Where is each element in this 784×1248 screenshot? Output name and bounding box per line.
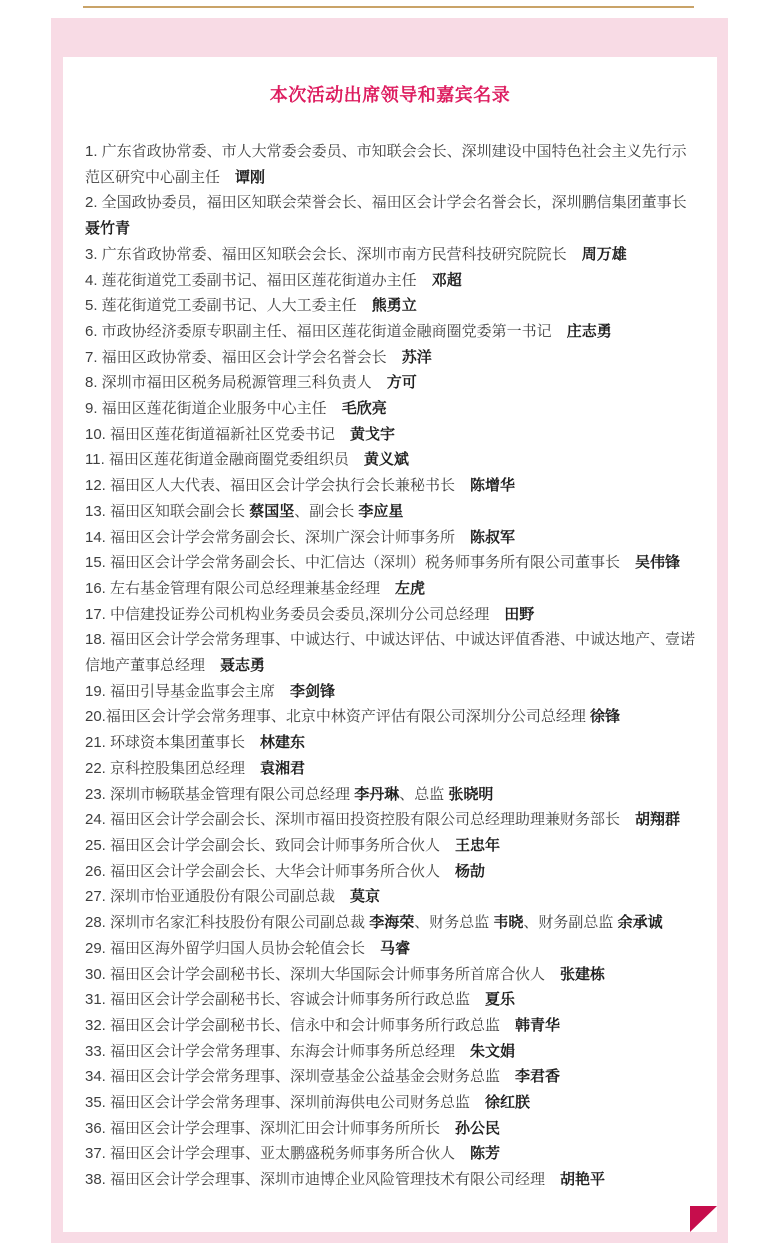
guest-name: 毛欣亮	[342, 400, 387, 417]
guest-name: 黄戈宇	[350, 426, 395, 443]
guest-name: 李海荣	[369, 914, 414, 931]
guest-name: 邓超	[432, 272, 462, 289]
guest-name: 陈增华	[470, 477, 515, 494]
guest-name: 林建东	[260, 734, 305, 751]
guest-title-text: 2. 全国政协委员，福田区知联会荣誉会长、福田区会计学会名誉会长，深圳鹏信集团董…	[85, 194, 687, 211]
guest-name: 陈芳	[470, 1145, 500, 1162]
guest-name: 余承诚	[618, 914, 663, 931]
guest-title-text: 5. 莲花街道党工委副书记、人大工委主任	[85, 297, 372, 314]
list-item: 3. 广东省政协常委、福田区知联会会长、深圳市南方民营科技研究院院长 周万雄	[85, 242, 697, 268]
list-item: 19. 福田引导基金监事会主席 李剑锋	[85, 679, 697, 705]
guest-list: 1. 广东省政协常委、市人大常委会委员、市知联会会长、深圳建设中国特色社会主义先…	[85, 139, 697, 1193]
guest-title-text: 21. 环球资本集团董事长	[85, 734, 260, 751]
list-item: 8. 深圳市福田区税务局税源管理三科负责人 方可	[85, 370, 697, 396]
list-item: 12. 福田区人大代表、福田区会计学会执行会长兼秘书长 陈增华	[85, 473, 697, 499]
guest-title-text: 32. 福田区会计学会副秘书长、信永中和会计师事务所行政总监	[85, 1017, 515, 1034]
list-item: 28. 深圳市名家汇科技股份有限公司副总裁 李海荣、财务总监 韦晓、财务副总监 …	[85, 910, 697, 936]
guest-title-text: 、财务副总监	[523, 914, 617, 931]
guest-title-text: 22. 京科控股集团总经理	[85, 760, 260, 777]
list-item: 9. 福田区莲花街道企业服务中心主任 毛欣亮	[85, 396, 697, 422]
guest-title-text: 26. 福田区会计学会副会长、大华会计师事务所合伙人	[85, 863, 455, 880]
guest-title-text: 4. 莲花街道党工委副书记、福田区莲花街道办主任	[85, 272, 432, 289]
page-title: 本次活动出席领导和嘉宾名录	[63, 85, 717, 105]
list-item: 30. 福田区会计学会副秘书长、深圳大华国际会计师事务所首席合伙人 张建栋	[85, 962, 697, 988]
list-item: 35. 福田区会计学会常务理事、深圳前海供电公司财务总监 徐红朕	[85, 1090, 697, 1116]
guest-title-text: 37. 福田区会计学会理事、亚太鹏盛税务师事务所合伙人	[85, 1145, 470, 1162]
guest-title-text: 17. 中信建投证券公司机构业务委员会委员,深圳分公司总经理	[85, 606, 504, 623]
guest-title-text: 7. 福田区政协常委、福田区会计学会名誉会长	[85, 349, 402, 366]
guest-title-text: 16. 左右基金管理有限公司总经理兼基金经理	[85, 580, 395, 597]
guest-title-text: 23. 深圳市畅联基金管理有限公司总经理	[85, 786, 354, 803]
guest-title-text: 、副会长	[294, 503, 358, 520]
guest-title-text: 30. 福田区会计学会副秘书长、深圳大华国际会计师事务所首席合伙人	[85, 966, 560, 983]
guest-title-text: 8. 深圳市福田区税务局税源管理三科负责人	[85, 374, 387, 391]
guest-name: 李剑锋	[290, 683, 335, 700]
guest-name: 张晓明	[448, 786, 493, 803]
guest-title-text: 31. 福田区会计学会副秘书长、容诚会计师事务所行政总监	[85, 991, 485, 1008]
guest-name: 吴伟锋	[635, 554, 680, 571]
guest-title-text: 20.福田区会计学会常务理事、北京中林资产评估有限公司深圳分公司总经理	[85, 708, 590, 725]
guest-title-text: 33. 福田区会计学会常务理事、东海会计师事务所总经理	[85, 1043, 470, 1060]
guest-name: 方可	[387, 374, 417, 391]
list-item: 17. 中信建投证券公司机构业务委员会委员,深圳分公司总经理 田野	[85, 602, 697, 628]
content-card: 本次活动出席领导和嘉宾名录 1. 广东省政协常委、市人大常委会委员、市知联会会长…	[63, 57, 717, 1232]
guest-title-text: 1. 广东省政协常委、市人大常委会委员、市知联会会长、深圳建设中国特色社会主义先…	[85, 143, 687, 186]
guest-name: 左虎	[395, 580, 425, 597]
guest-title-text: 11. 福田区莲花街道金融商圈党委组织员	[85, 451, 364, 468]
guest-title-text: 24. 福田区会计学会副会长、深圳市福田投资控股有限公司总经理助理兼财务部长	[85, 811, 635, 828]
guest-name: 胡艳平	[560, 1171, 605, 1188]
guest-title-text: 15. 福田区会计学会常务副会长、中汇信达（深圳）税务师事务所有限公司董事长	[85, 554, 635, 571]
guest-title-text: 29. 福田区海外留学归国人员协会轮值会长	[85, 940, 380, 957]
guest-title-text: 38. 福田区会计学会理事、深圳市迪博企业风险管理技术有限公司经理	[85, 1171, 560, 1188]
list-item: 22. 京科控股集团总经理 袁湘君	[85, 756, 697, 782]
list-item: 5. 莲花街道党工委副书记、人大工委主任 熊勇立	[85, 293, 697, 319]
guest-title-text: 9. 福田区莲花街道企业服务中心主任	[85, 400, 342, 417]
guest-title-text: 13. 福田区知联会副会长	[85, 503, 249, 520]
list-item: 25. 福田区会计学会副会长、致同会计师事务所合伙人 王忠年	[85, 833, 697, 859]
guest-name: 徐红朕	[485, 1094, 530, 1111]
guest-name: 袁湘君	[260, 760, 305, 777]
guest-title-text: 12. 福田区人大代表、福田区会计学会执行会长兼秘书长	[85, 477, 470, 494]
list-item: 16. 左右基金管理有限公司总经理兼基金经理 左虎	[85, 576, 697, 602]
list-item: 29. 福田区海外留学归国人员协会轮值会长 马睿	[85, 936, 697, 962]
list-item: 24. 福田区会计学会副会长、深圳市福田投资控股有限公司总经理助理兼财务部长 胡…	[85, 807, 697, 833]
list-item: 38. 福田区会计学会理事、深圳市迪博企业风险管理技术有限公司经理 胡艳平	[85, 1167, 697, 1193]
list-item: 23. 深圳市畅联基金管理有限公司总经理 李丹琳、总监 张晓明	[85, 782, 697, 808]
top-divider	[83, 6, 694, 8]
page: 本次活动出席领导和嘉宾名录 1. 广东省政协常委、市人大常委会委员、市知联会会长…	[0, 0, 784, 1248]
guest-title-text: 6. 市政协经济委原专职副主任、福田区莲花街道金融商圈党委第一书记	[85, 323, 567, 340]
list-item: 7. 福田区政协常委、福田区会计学会名誉会长 苏洋	[85, 345, 697, 371]
guest-name: 田野	[504, 606, 534, 623]
list-item: 2. 全国政协委员，福田区知联会荣誉会长、福田区会计学会名誉会长，深圳鹏信集团董…	[85, 190, 697, 241]
list-item: 34. 福田区会计学会常务理事、深圳壹基金公益基金会财务总监 李君香	[85, 1064, 697, 1090]
guest-name: 陈叔军	[470, 529, 515, 546]
list-item: 14. 福田区会计学会常务副会长、深圳广深会计师事务所 陈叔军	[85, 525, 697, 551]
list-item: 37. 福田区会计学会理事、亚太鹏盛税务师事务所合伙人 陈芳	[85, 1141, 697, 1167]
guest-name: 李君香	[515, 1068, 560, 1085]
list-item: 10. 福田区莲花街道福新社区党委书记 黄戈宇	[85, 422, 697, 448]
guest-name: 黄义斌	[364, 451, 409, 468]
guest-name: 谭刚	[235, 169, 265, 186]
guest-title-text: 34. 福田区会计学会常务理事、深圳壹基金公益基金会财务总监	[85, 1068, 515, 1085]
guest-title-text: 3. 广东省政协常委、福田区知联会会长、深圳市南方民营科技研究院院长	[85, 246, 582, 263]
guest-name: 聂志勇	[220, 657, 265, 674]
guest-name: 蔡国坚	[249, 503, 294, 520]
guest-title-text: 、总监	[399, 786, 448, 803]
list-item: 26. 福田区会计学会副会长、大华会计师事务所合伙人 杨劼	[85, 859, 697, 885]
guest-title-text: 36. 福田区会计学会理事、深圳汇田会计师事务所所长	[85, 1120, 455, 1137]
guest-name: 孙公民	[455, 1120, 500, 1137]
guest-name: 杨劼	[455, 863, 485, 880]
corner-triangle-decoration	[690, 1206, 717, 1232]
list-item: 6. 市政协经济委原专职副主任、福田区莲花街道金融商圈党委第一书记 庄志勇	[85, 319, 697, 345]
guest-name: 聂竹青	[85, 220, 130, 237]
guest-name: 李丹琳	[354, 786, 399, 803]
list-item: 33. 福田区会计学会常务理事、东海会计师事务所总经理 朱文娟	[85, 1039, 697, 1065]
list-item: 36. 福田区会计学会理事、深圳汇田会计师事务所所长 孙公民	[85, 1116, 697, 1142]
guest-name: 韩青华	[515, 1017, 560, 1034]
list-item: 1. 广东省政协常委、市人大常委会委员、市知联会会长、深圳建设中国特色社会主义先…	[85, 139, 697, 190]
guest-title-text: 25. 福田区会计学会副会长、致同会计师事务所合伙人	[85, 837, 455, 854]
guest-name: 夏乐	[485, 991, 515, 1008]
list-item: 32. 福田区会计学会副秘书长、信永中和会计师事务所行政总监 韩青华	[85, 1013, 697, 1039]
guest-name: 胡翔群	[635, 811, 680, 828]
guest-name: 李应星	[358, 503, 403, 520]
guest-title-text: 10. 福田区莲花街道福新社区党委书记	[85, 426, 350, 443]
guest-name: 徐锋	[590, 708, 620, 725]
list-item: 27. 深圳市怡亚通股份有限公司副总裁 莫京	[85, 884, 697, 910]
guest-title-text: 28. 深圳市名家汇科技股份有限公司副总裁	[85, 914, 369, 931]
guest-name: 张建栋	[560, 966, 605, 983]
guest-name: 周万雄	[582, 246, 627, 263]
list-item: 15. 福田区会计学会常务副会长、中汇信达（深圳）税务师事务所有限公司董事长 吴…	[85, 550, 697, 576]
guest-title-text: 27. 深圳市怡亚通股份有限公司副总裁	[85, 888, 350, 905]
guest-name: 朱文娟	[470, 1043, 515, 1060]
guest-name: 苏洋	[402, 349, 432, 366]
guest-name: 熊勇立	[372, 297, 417, 314]
pink-background-panel: 本次活动出席领导和嘉宾名录 1. 广东省政协常委、市人大常委会委员、市知联会会长…	[51, 18, 728, 1243]
guest-name: 韦晓	[493, 914, 523, 931]
guest-name: 马睿	[380, 940, 410, 957]
guest-title-text: 、财务总监	[414, 914, 493, 931]
guest-title-text: 35. 福田区会计学会常务理事、深圳前海供电公司财务总监	[85, 1094, 485, 1111]
list-item: 4. 莲花街道党工委副书记、福田区莲花街道办主任 邓超	[85, 268, 697, 294]
list-item: 21. 环球资本集团董事长 林建东	[85, 730, 697, 756]
guest-name: 庄志勇	[567, 323, 612, 340]
guest-title-text: 18. 福田区会计学会常务理事、中诚达行、中诚达评估、中诚达评值香港、中诚达地产…	[85, 631, 695, 674]
list-item: 18. 福田区会计学会常务理事、中诚达行、中诚达评估、中诚达评值香港、中诚达地产…	[85, 627, 697, 678]
guest-name: 莫京	[350, 888, 380, 905]
guest-title-text: 14. 福田区会计学会常务副会长、深圳广深会计师事务所	[85, 529, 470, 546]
list-item: 20.福田区会计学会常务理事、北京中林资产评估有限公司深圳分公司总经理 徐锋	[85, 704, 697, 730]
guest-name: 王忠年	[455, 837, 500, 854]
list-item: 31. 福田区会计学会副秘书长、容诚会计师事务所行政总监 夏乐	[85, 987, 697, 1013]
list-item: 13. 福田区知联会副会长 蔡国坚、副会长 李应星	[85, 499, 697, 525]
list-item: 11. 福田区莲花街道金融商圈党委组织员 黄义斌	[85, 447, 697, 473]
guest-title-text: 19. 福田引导基金监事会主席	[85, 683, 290, 700]
